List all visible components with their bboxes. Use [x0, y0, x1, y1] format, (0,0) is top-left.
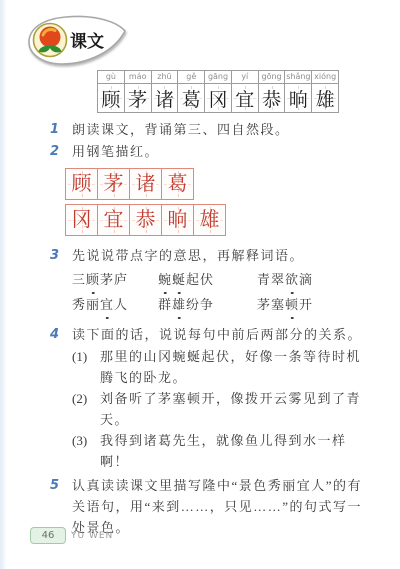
vocab-character: 蜿 — [158, 269, 172, 291]
vocab-character: 三 — [72, 269, 86, 291]
vocab-word: 茅塞顿开 — [257, 294, 367, 316]
vocab-word-list: 三顾茅庐蜿蜒起伏青翠欲滴秀丽宜人群雄纷争茅塞顿开 — [72, 269, 367, 316]
pinyin-column: gě葛 — [178, 71, 205, 112]
tracing-row: 冈宜恭晌雄 — [65, 204, 367, 236]
sentence-number: (2) — [72, 388, 100, 430]
character-cell: 冈 — [205, 84, 231, 112]
tracing-character: 恭 — [136, 210, 156, 231]
vocab-character: 群 — [158, 294, 172, 316]
exercise-3: 3 先说说带点字的意思，再解释词语。 — [50, 245, 367, 266]
vocab-word: 青翠欲滴 — [257, 269, 367, 291]
tracing-character: 冈 — [72, 210, 92, 231]
tracing-row: 顾茅诸葛 — [65, 168, 367, 200]
pinyin-column: zhū诸 — [152, 71, 179, 112]
vocab-character: 争 — [200, 294, 214, 316]
tracing-character: 宜 — [104, 210, 124, 231]
pinyin-column: máo茅 — [125, 71, 152, 112]
vocab-word: 群雄纷争 — [158, 294, 257, 316]
exercise-2: 2 用钢笔描红。 — [50, 141, 367, 162]
character-glyph: 诸 — [155, 85, 174, 112]
character-glyph: 恭 — [262, 85, 281, 112]
pinyin-label: xióng — [312, 71, 338, 84]
vocab-character: 翠 — [271, 269, 285, 291]
character-cell: 葛 — [178, 84, 204, 112]
exercise-text: 先说说带点字的意思，再解释词语。 — [72, 245, 367, 266]
exercise-number: 1 — [50, 119, 72, 140]
exercise-text: 朗读课文，背诵第三、四自然段。 — [72, 119, 367, 140]
character-glyph: 雄 — [316, 85, 335, 112]
pinyin-label: máo — [125, 71, 151, 84]
tracing-cell: 恭 — [129, 204, 162, 236]
exercise-text: 用钢笔描红。 — [72, 141, 367, 162]
vocab-character: 纷 — [186, 294, 200, 316]
sentence-text: 刘备听了茅塞顿开，像拨开云雾见到了青天。 — [100, 388, 367, 430]
vocab-character: 人 — [114, 294, 128, 316]
pinyin-column: xióng雄 — [312, 71, 338, 112]
textbook-page: 课文 gù顾máo茅zhū诸gě葛gāng冈yí宜gōng恭shǎng晌xión… — [0, 0, 400, 569]
character-cell: 恭 — [259, 84, 285, 112]
exercise-text: 认真读读课文里描写隆中“景色秀丽宜人”的有关语句，用“来到……，只见……”的句式… — [72, 475, 367, 538]
tracing-character: 茅 — [104, 174, 124, 195]
character-glyph: 晌 — [289, 85, 308, 112]
tracing-cell: 诸 — [129, 168, 162, 200]
character-glyph: 宜 — [235, 85, 254, 112]
vocab-character: 雄 — [172, 294, 186, 316]
sentence-item: (3)我得到诸葛先生，就像鱼儿得到水一样啊！ — [72, 430, 367, 472]
tracing-character: 诸 — [136, 174, 156, 195]
page-footer: 46 YU WEN — [30, 527, 113, 544]
vocab-character: 宜 — [100, 294, 114, 316]
exercise-1: 1 朗读课文，背诵第三、四自然段。 — [50, 119, 367, 140]
tracing-cell: 宜 — [97, 204, 130, 236]
pinyin-label: gōng — [259, 71, 285, 84]
exercise-number: 2 — [50, 141, 72, 162]
exercise-text: 读下面的话，说说每句中前后两部分的关系。 — [72, 324, 367, 345]
pinyin-label: shǎng — [285, 71, 311, 84]
character-glyph: 葛 — [182, 85, 201, 112]
tracing-character: 顾 — [72, 174, 92, 195]
character-cell: 晌 — [285, 84, 311, 112]
flower-emblem-icon — [34, 24, 67, 57]
tracing-cell: 晌 — [161, 204, 194, 236]
vocab-character: 青 — [257, 269, 271, 291]
tracing-grid: 顾茅诸葛冈宜恭晌雄 — [65, 168, 367, 236]
section-logo: 课文 — [26, 14, 128, 68]
sentence-text: 那里的山冈蜿蜒起伏，好像一条等待时机腾飞的卧龙。 — [100, 346, 367, 388]
vocab-character: 伏 — [200, 269, 214, 291]
vocab-character: 丽 — [86, 294, 100, 316]
exercise-list: 1 朗读课文，背诵第三、四自然段。 2 用钢笔描红。 顾茅诸葛冈宜恭晌雄 3 先… — [50, 119, 367, 539]
tracing-cell: 茅 — [97, 168, 130, 200]
exercise-number: 4 — [50, 324, 72, 474]
tracing-cell: 葛 — [161, 168, 194, 200]
tracing-cell: 冈 — [65, 204, 98, 236]
vocab-word: 三顾茅庐 — [72, 269, 158, 291]
sentence-item: (1)那里的山冈蜿蜒起伏，好像一条等待时机腾飞的卧龙。 — [72, 346, 367, 388]
vocab-character: 庐 — [114, 269, 128, 291]
pinyin-column: gāng冈 — [205, 71, 232, 112]
tracing-cell: 顾 — [65, 168, 98, 200]
pinyin-character-table: gù顾máo茅zhū诸gě葛gāng冈yí宜gōng恭shǎng晌xióng雄 — [97, 70, 339, 113]
character-glyph: 冈 — [209, 85, 228, 112]
vocab-character: 塞 — [271, 294, 285, 316]
vocab-character: 滴 — [299, 269, 313, 291]
character-cell: 宜 — [232, 84, 258, 112]
vocab-character: 顿 — [285, 294, 299, 316]
sentence-number: (3) — [72, 430, 100, 472]
character-cell: 顾 — [98, 84, 124, 112]
pinyin-label: gě — [178, 71, 204, 84]
exercise-4-sentences: (1)那里的山冈蜿蜒起伏，好像一条等待时机腾飞的卧龙。(2)刘备听了茅塞顿开，像… — [72, 346, 367, 472]
vocab-character: 茅 — [100, 269, 114, 291]
pinyin-column: gù顾 — [98, 71, 125, 112]
section-label: 课文 — [70, 31, 104, 51]
vocab-character: 欲 — [285, 269, 299, 291]
tracing-character: 雄 — [200, 210, 220, 231]
sentence-text: 我得到诸葛先生，就像鱼儿得到水一样啊！ — [100, 430, 367, 472]
pinyin-column: shǎng晌 — [285, 71, 312, 112]
pinyin-label: yí — [232, 71, 258, 84]
character-cell: 雄 — [312, 84, 338, 112]
tracing-cell: 雄 — [193, 204, 226, 236]
tracing-character: 晌 — [168, 210, 188, 231]
character-glyph: 茅 — [128, 85, 147, 112]
vocab-character: 秀 — [72, 294, 86, 316]
subject-label: YU WEN — [71, 531, 113, 541]
exercise-4: 4 读下面的话，说说每句中前后两部分的关系。 (1)那里的山冈蜿蜒起伏，好像一条… — [50, 324, 367, 474]
pinyin-column: gōng恭 — [259, 71, 286, 112]
vocab-character: 蜒 — [172, 269, 186, 291]
character-glyph: 顾 — [101, 85, 120, 112]
vocab-word: 蜿蜒起伏 — [158, 269, 257, 291]
sentence-number: (1) — [72, 346, 100, 388]
vocab-character: 茅 — [257, 294, 271, 316]
vocab-word: 秀丽宜人 — [72, 294, 158, 316]
vocab-character: 顾 — [86, 269, 100, 291]
pinyin-label: zhū — [152, 71, 178, 84]
pinyin-label: gù — [98, 71, 124, 84]
vocab-character: 起 — [186, 269, 200, 291]
pinyin-column: yí宜 — [232, 71, 259, 112]
teardrop-shape: 课文 — [26, 14, 128, 68]
tracing-character: 葛 — [168, 174, 188, 195]
exercise-number: 3 — [50, 245, 72, 266]
vocab-character: 开 — [299, 294, 313, 316]
page-number-badge: 46 — [30, 527, 66, 544]
character-cell: 茅 — [125, 84, 151, 112]
pinyin-label: gāng — [205, 71, 231, 84]
character-cell: 诸 — [152, 84, 178, 112]
sentence-item: (2)刘备听了茅塞顿开，像拨开云雾见到了青天。 — [72, 388, 367, 430]
